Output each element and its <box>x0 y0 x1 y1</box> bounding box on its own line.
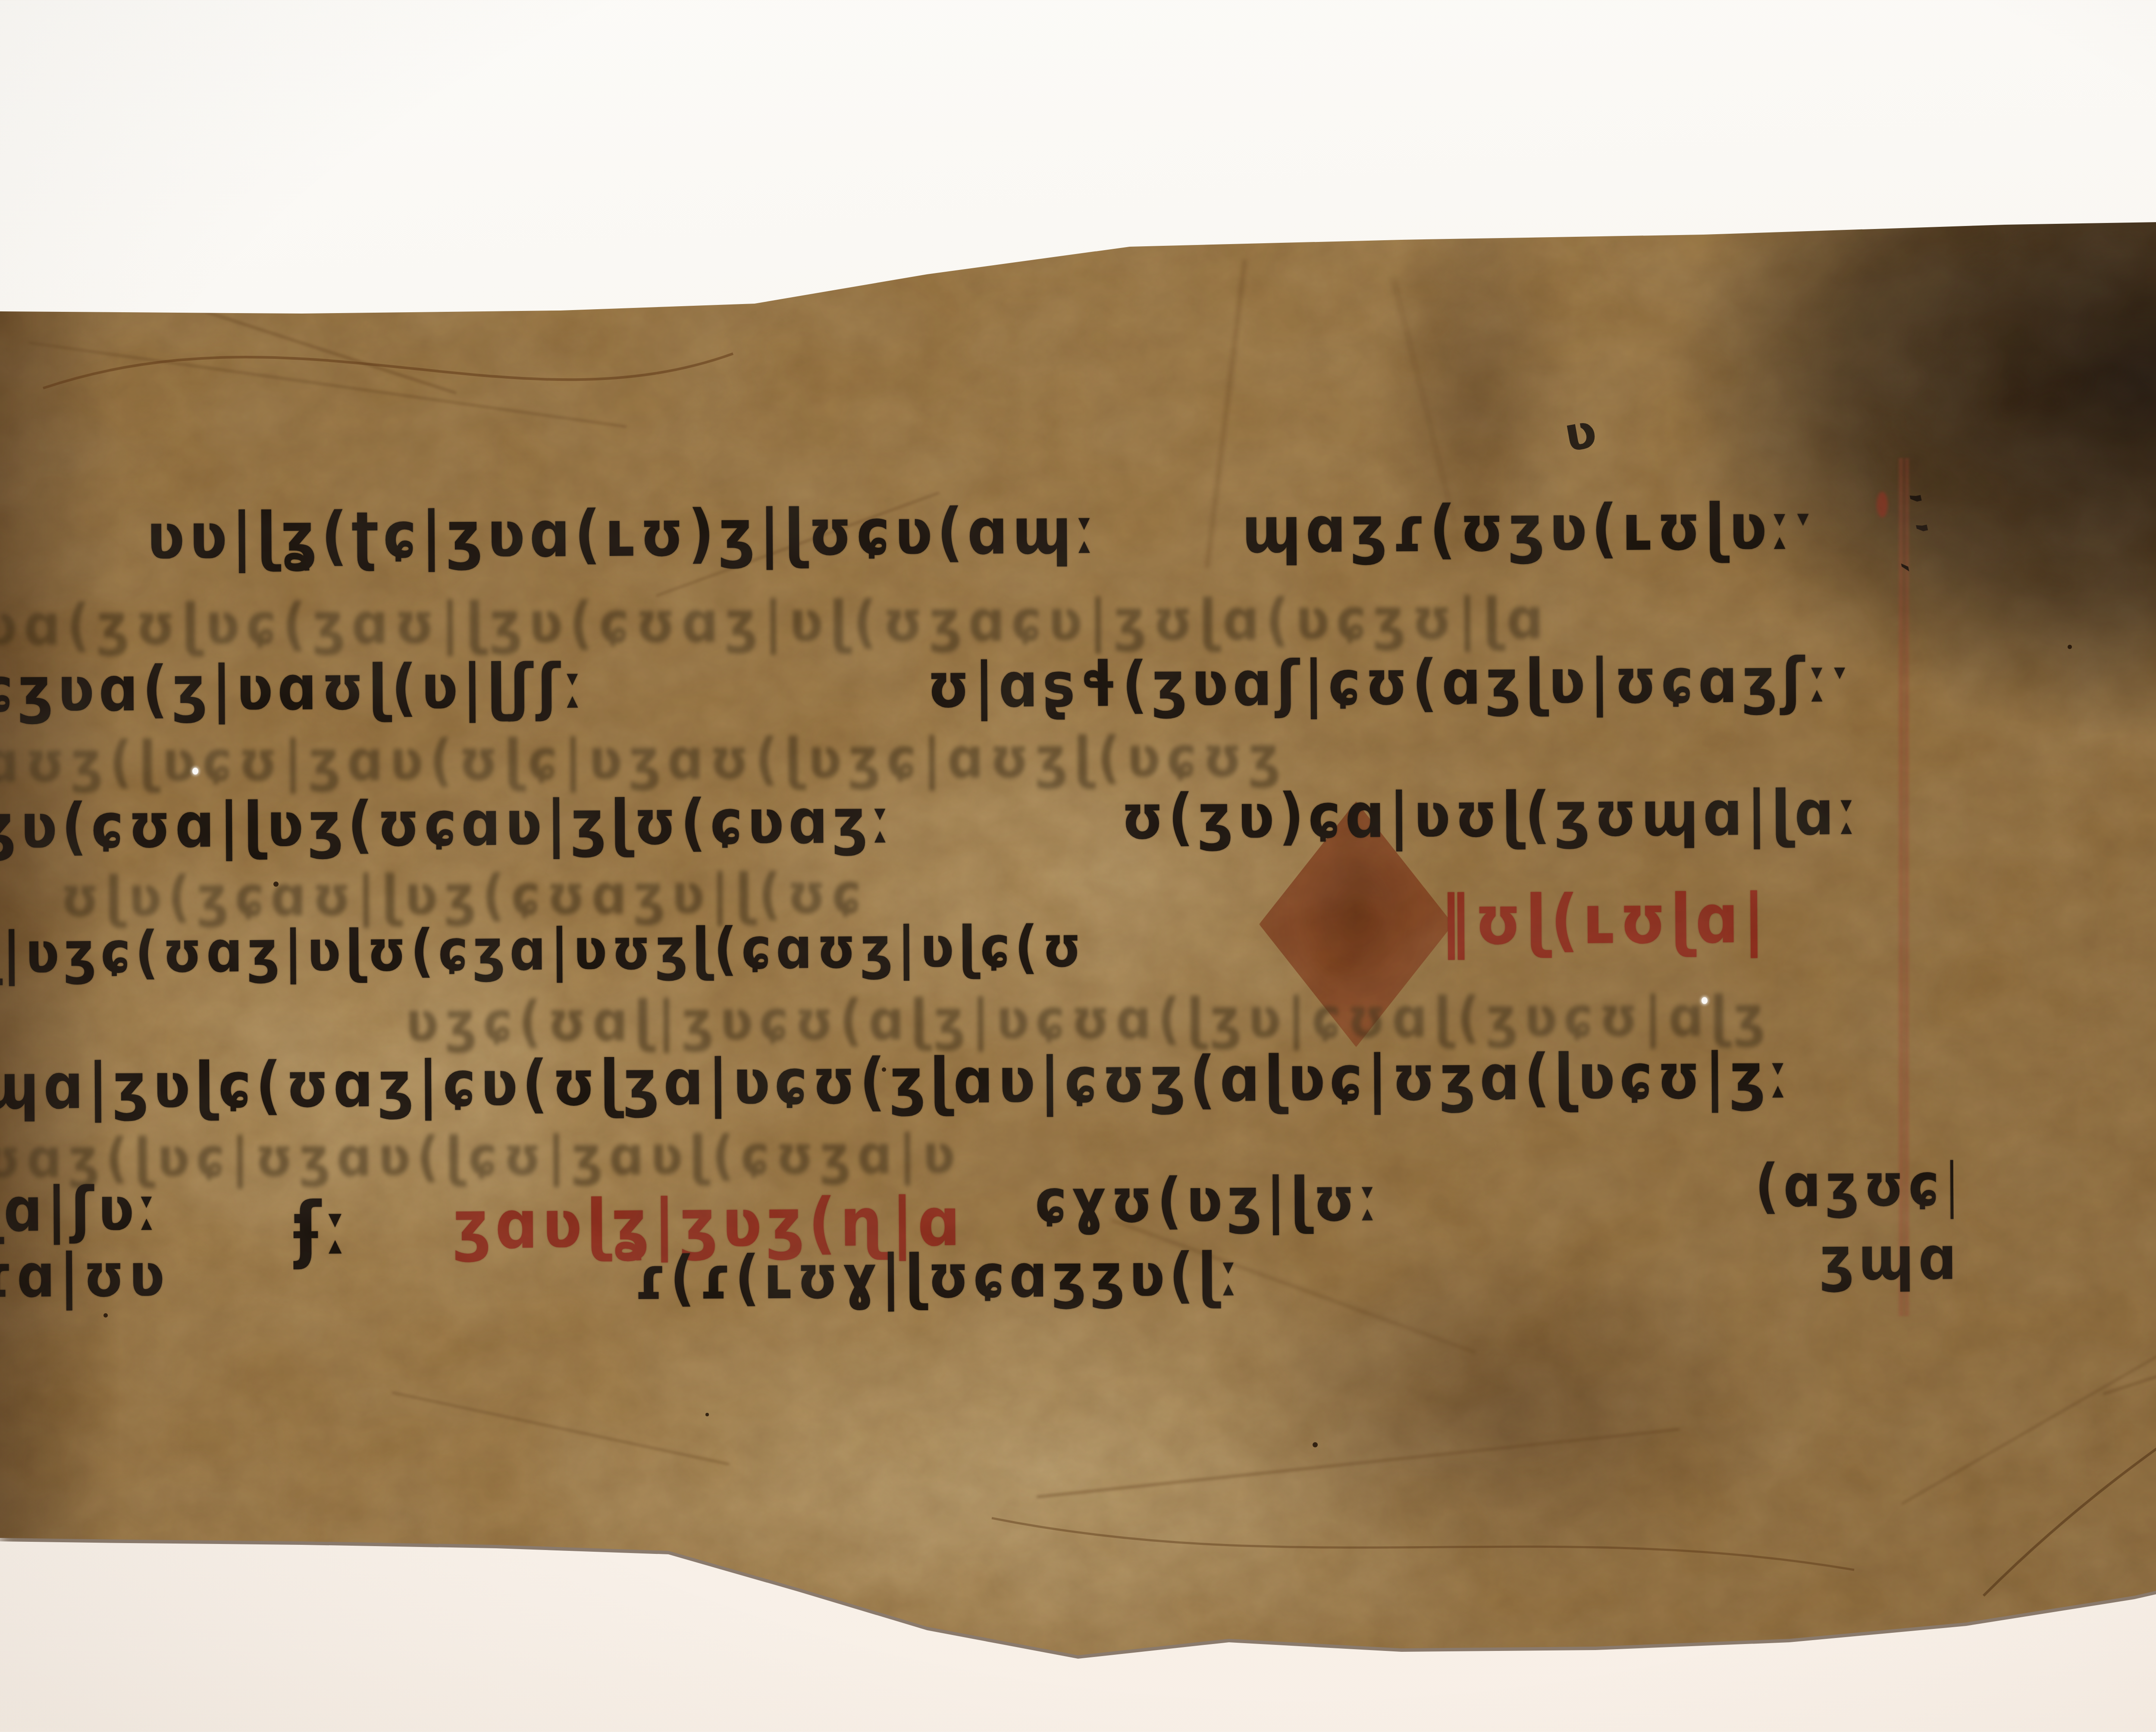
text-line-12-right: ʒɰɑ| <box>1819 1213 1966 1305</box>
text-line-12-mid: ɾ(ɾ(ʟʊɣ|ɭʊɕɑʒʒʋ(ɭː <box>633 1229 1294 1324</box>
text-line-1-right: ɰɑʒɾ(ʊʒʋ(ʟʊɭʋːˑ <box>1241 480 1915 576</box>
fiber-streak <box>1206 260 1246 568</box>
text-line-1-left: ʋʋ|ɭʓ(ʈɕ|ʒʋɑ(ʟʊ)ʒ|ɭʊɕʋ(ɑɰː <box>146 485 1177 583</box>
fiber-streak <box>392 1392 729 1465</box>
text-line-5-right: ʊ(ʒʋ)ɕɑ|ʋʊɭ(ʒʊɰɑ|ɭɑː <box>1121 766 1932 863</box>
paper-glint <box>1702 997 1708 1004</box>
text-line-7-red-rubric: ‖ʊɭ(ʟʊɭɑ| <box>1440 872 1833 966</box>
text-line-11-descender: ʄː <box>293 1183 423 1275</box>
paper-glint <box>192 768 198 775</box>
fiber-streak <box>29 342 627 428</box>
manuscript-photo: ʋ ʼ ʼ ˏ ʋʋ|ɭʓ(ʈɕ|ʒʋɑ(ʟʊ)ʒ|ɭʊɕʋ(ɑɰː ɰɑʒɾ(… <box>0 0 2156 1732</box>
text-line-12-left: ɾɑ|ʊʋ <box>0 1229 203 1322</box>
paper-leaf: ʋ ʼ ʼ ˏ ʋʋ|ɭʓ(ʈɕ|ʒʋɑ(ʟʊ)ʒ|ɭʊɕʋ(ɑɰː ɰɑʒɾ(… <box>0 0 2156 1732</box>
fiber-streak <box>1037 1428 1680 1498</box>
stray-pen-mark: ʋ <box>1560 403 1601 463</box>
fiber-streak <box>1901 1309 2156 1504</box>
